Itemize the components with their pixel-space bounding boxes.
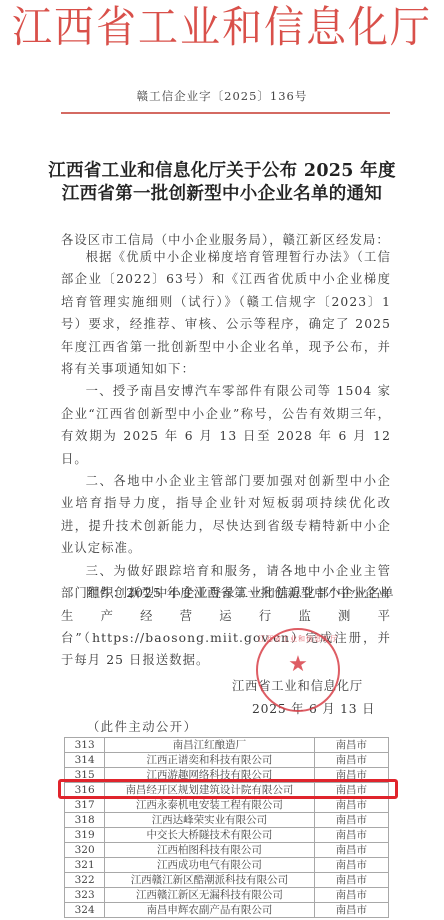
paragraph-item-2: 二、各地中小企业主管部门要加强对创新型中小企业培育指导力度，指导企业针对短板弱项…: [61, 470, 391, 560]
paragraph-basis: 根据《优质中小企业梯度培育管理暂行办法》（工信部企业〔2022〕63号）和《江西…: [61, 246, 391, 380]
table-row: 322江西赣江新区酷潮派科技有限公司南昌市: [65, 873, 389, 888]
star-icon: ★: [288, 654, 308, 676]
masthead: 江西省工业和信息化厅: [0, 2, 444, 54]
table-row: 314江西正谱奕和科技有限公司南昌市: [65, 753, 389, 768]
attachment-line: 附件：2025 年度江西省第一批创新型中小企业名单: [86, 583, 395, 601]
table-row: 323江西赣江新区无漏科技有限公司南昌市: [65, 888, 389, 903]
body-paragraphs: 根据《优质中小企业梯度培育管理暂行办法》（工信部企业〔2022〕63号）和《江西…: [61, 246, 391, 672]
table-row: 315江西游趣网络科技有限公司南昌市: [65, 768, 389, 783]
table-row: 321江西成功电气有限公司南昌市: [65, 858, 389, 873]
official-seal: 江西省工业和信息化厅 ★: [256, 628, 340, 712]
seal-ring-text: 江西省工业和信息化厅: [258, 634, 338, 644]
title-line-2: 江西省第一批创新型中小企业名单的通知: [0, 183, 444, 206]
red-rule-divider: [61, 112, 390, 114]
company-list-table: 313南昌江红酿造厂南昌市 314江西正谱奕和科技有限公司南昌市 315江西游趣…: [64, 737, 389, 918]
paragraph-item-3: 三、为做好跟踪培育和服务，请各地中小企业主管部门组织创新型中小企业登录工业和信息…: [61, 560, 391, 672]
document-number: 赣工信企业字〔2025〕136号: [0, 88, 444, 104]
title-line-1: 江西省工业和信息化厅关于公布 2025 年度: [0, 160, 444, 183]
paragraph-item-1: 一、授予南昌安博汽车零部件有限公司等 1504 家企业“江西省创新型中小企业”称…: [61, 380, 391, 470]
table-row: 313南昌江红酿造厂南昌市: [65, 738, 389, 753]
table-row: 317江西永泰机电安装工程有限公司南昌市: [65, 798, 389, 813]
notice-title: 江西省工业和信息化厅关于公布 2025 年度 江西省第一批创新型中小企业名单的通…: [0, 160, 444, 206]
table-row: 319中交长大桥隧技术有限公司南昌市: [65, 828, 389, 843]
table-row: 324南昌申辉农副产品有限公司南昌市: [65, 903, 389, 918]
public-disclosure-note: （此件主动公开）: [87, 717, 197, 735]
table-row-highlighted: 316南昌经开区规划建筑设计院有限公司南昌市: [65, 783, 389, 798]
table-row: 318江西达峰荣实业有限公司南昌市: [65, 813, 389, 828]
table-row: 320江西柏图科技有限公司南昌市: [65, 843, 389, 858]
